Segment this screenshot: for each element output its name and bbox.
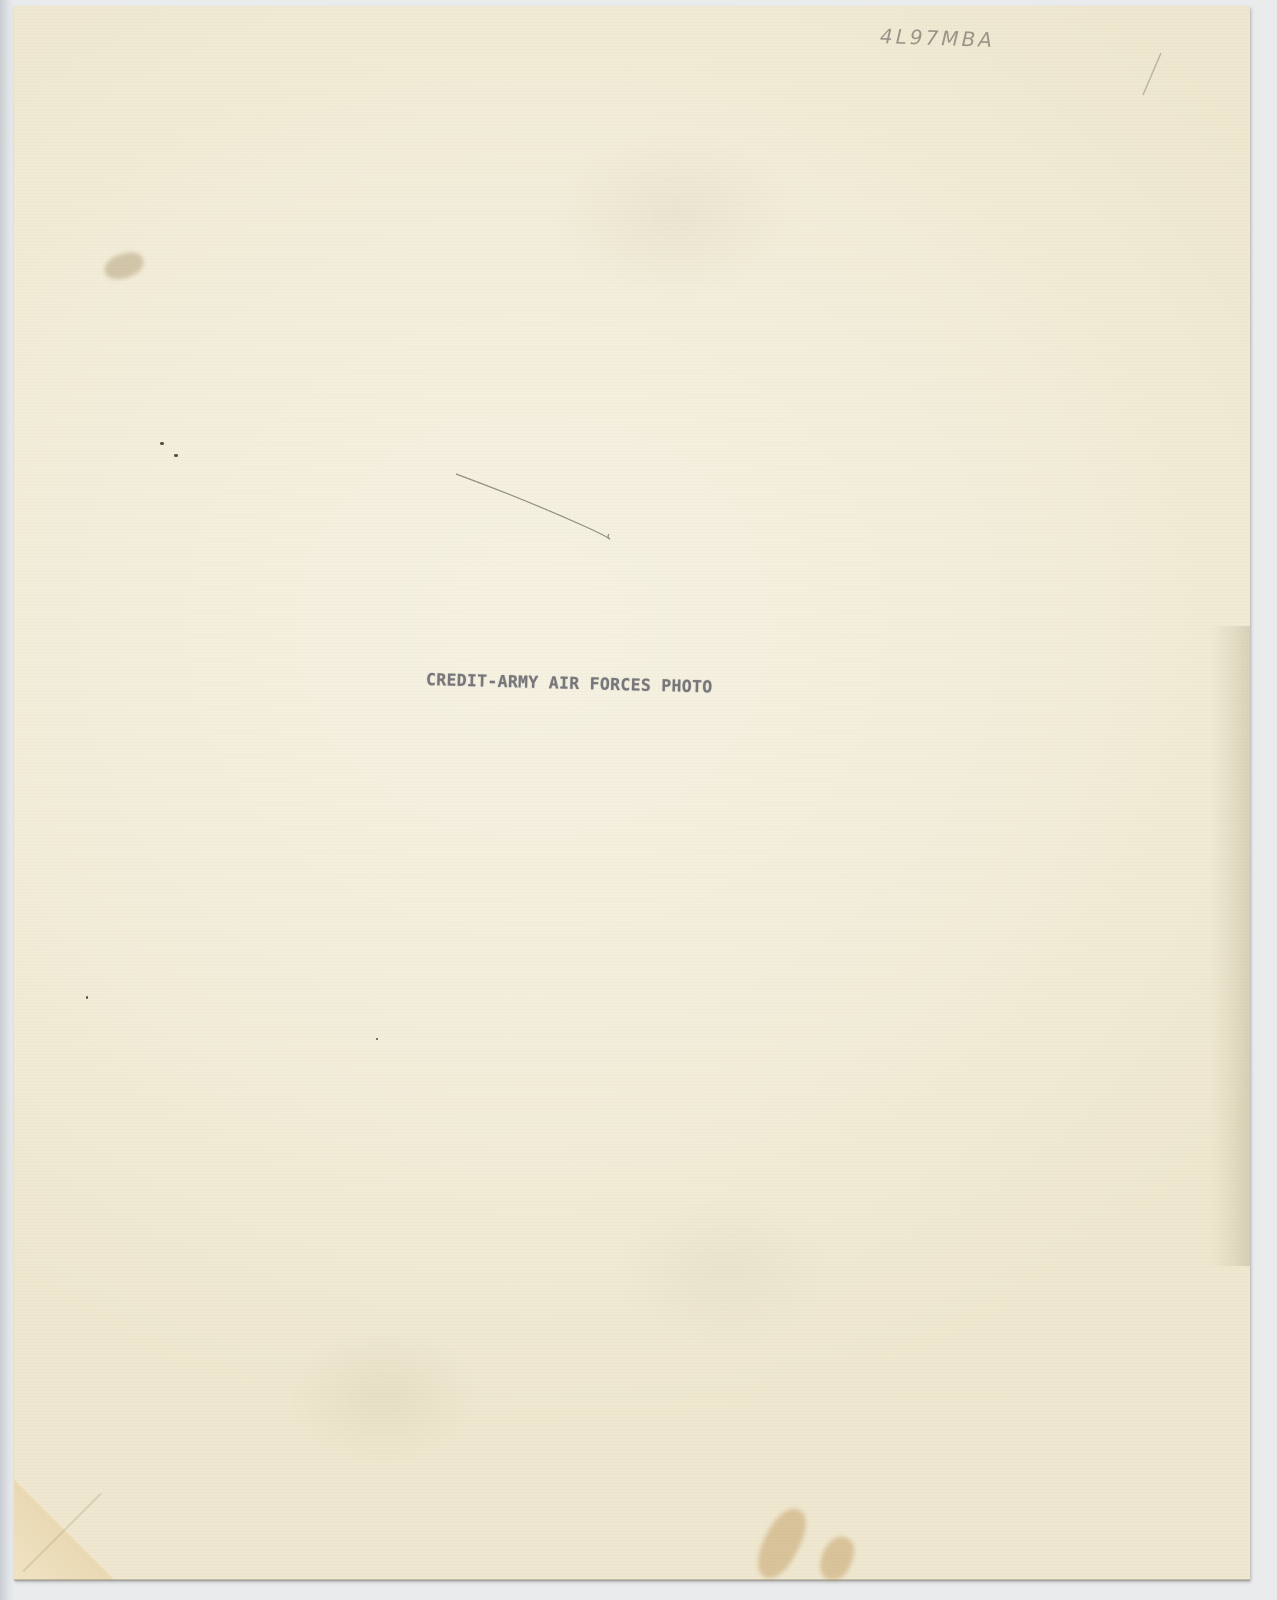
photo-back-paper: 4L97MBA CREDIT-ARMY AIR FORCES PHOTO bbox=[14, 6, 1250, 1580]
photo-credit-stamp: CREDIT-ARMY AIR FORCES PHOTO bbox=[426, 670, 713, 696]
ink-speck bbox=[376, 1038, 378, 1040]
corner-curl bbox=[14, 1470, 124, 1580]
pencil-scratch-mark bbox=[1139, 51, 1164, 101]
hair-line-mark bbox=[454, 468, 624, 548]
ink-speck bbox=[160, 442, 164, 445]
scanner-background bbox=[0, 0, 14, 1600]
ink-speck bbox=[86, 996, 88, 999]
paper-edge bbox=[14, 1579, 1250, 1581]
ink-speck bbox=[174, 454, 178, 457]
paper-crease bbox=[1210, 626, 1250, 1266]
stain-mark bbox=[102, 249, 147, 283]
handwritten-catalog-code: 4L97MBA bbox=[880, 24, 996, 52]
stain-mark bbox=[750, 1502, 813, 1585]
stain-mark bbox=[815, 1532, 859, 1585]
